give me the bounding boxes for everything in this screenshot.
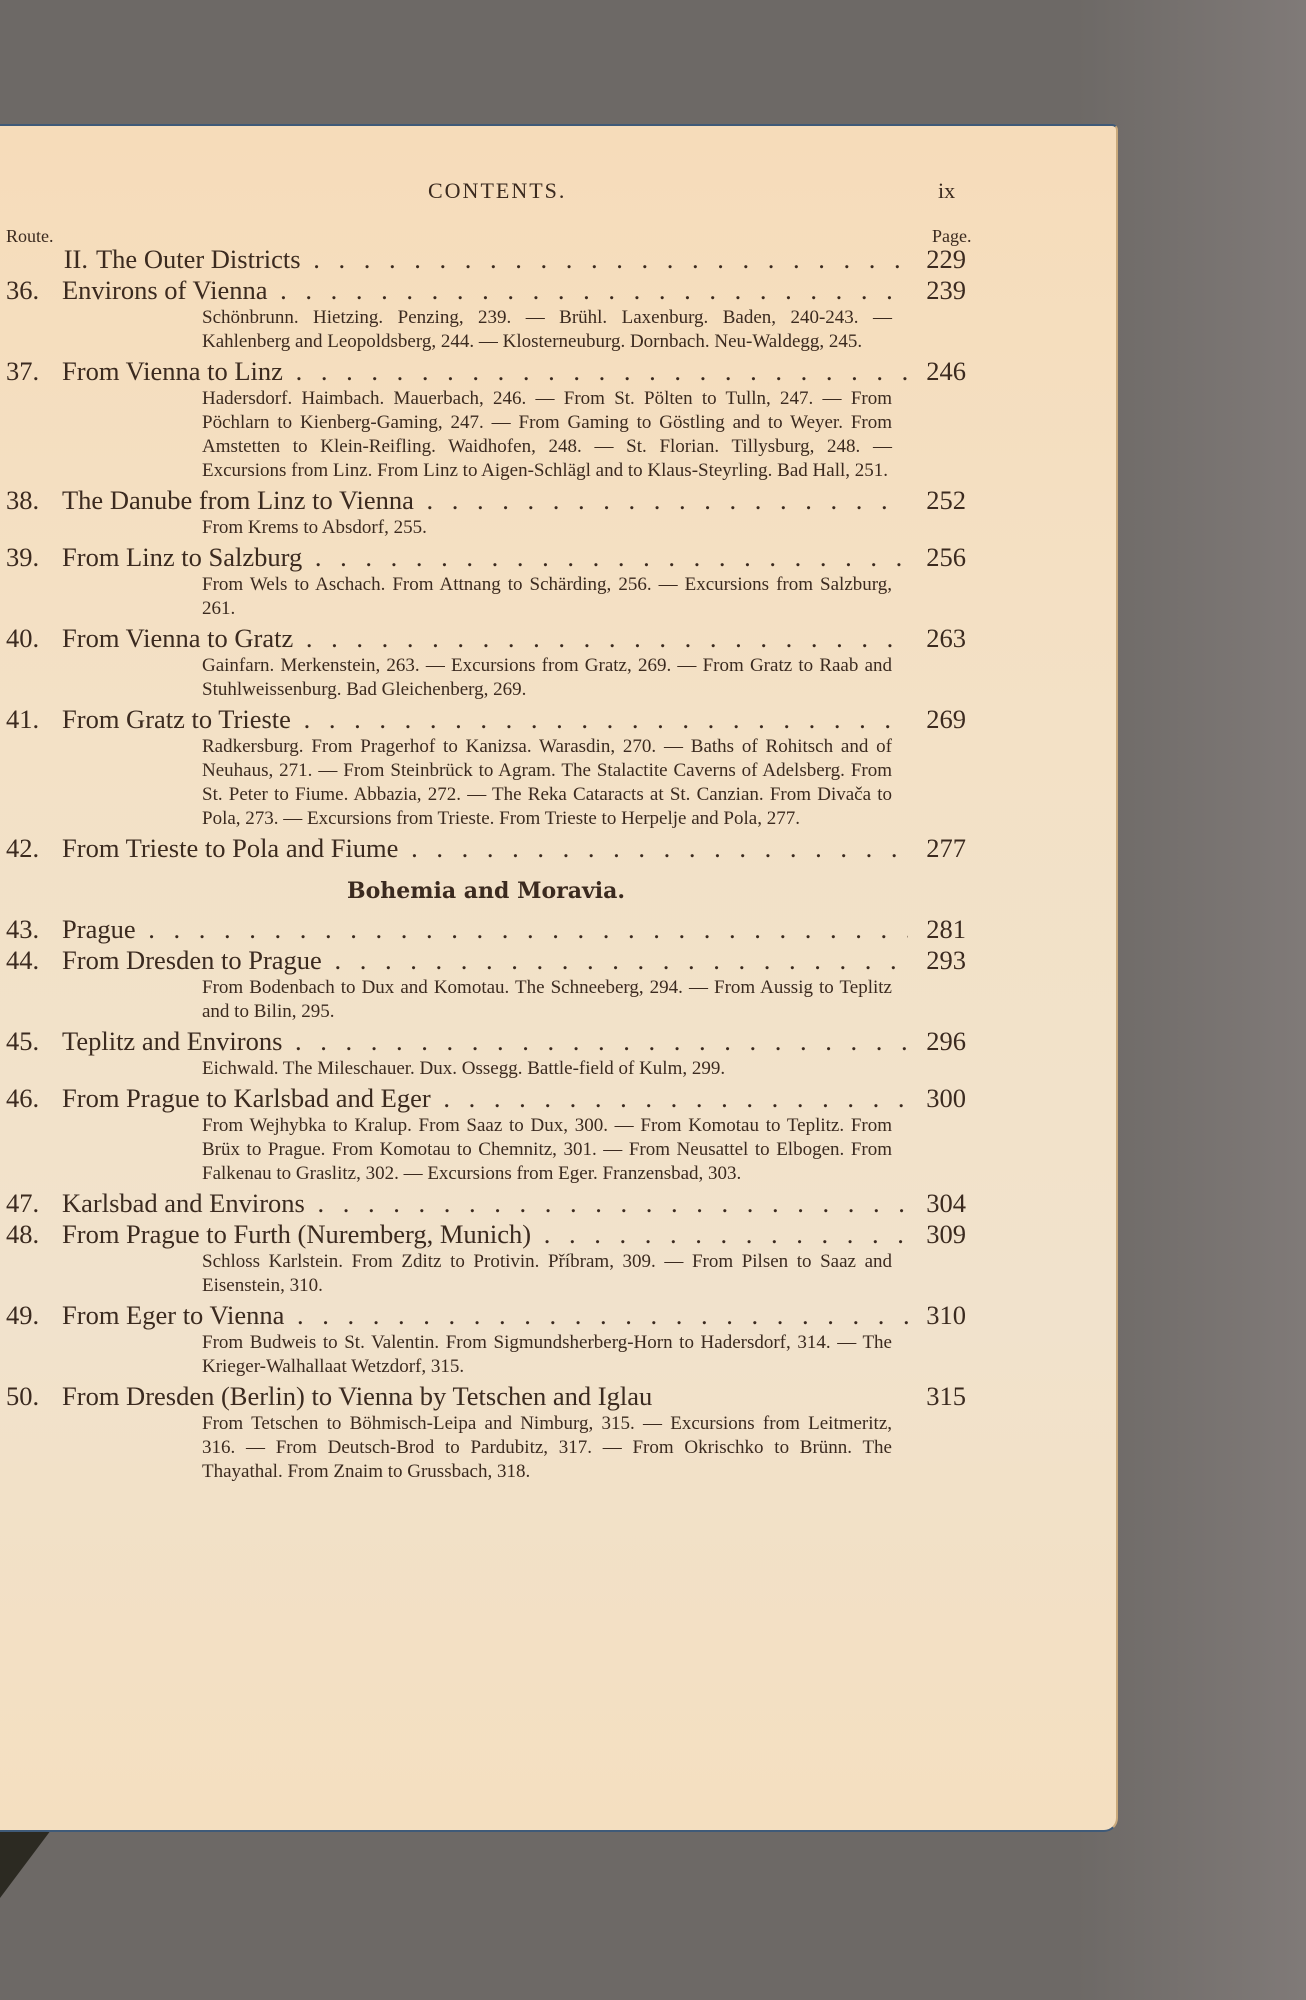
route-number: 40.	[6, 623, 62, 654]
route-page: 277	[908, 833, 966, 864]
book-page: CONTENTS. ix Route. Page. II. The Outer …	[0, 124, 1118, 1832]
toc-entry: 42. From Trieste to Pola and Fiume 277	[0, 833, 1116, 864]
route-title: From Trieste to Pola and Fiume	[62, 833, 908, 864]
route-number: 39.	[6, 542, 62, 573]
toc-entry-heading[interactable]: 48. From Prague to Furth (Nuremberg, Mun…	[0, 1219, 966, 1250]
route-description: From Budweis to St. Valentin. From Sigmu…	[202, 1331, 892, 1381]
toc-entry-heading[interactable]: 39. From Linz to Salzburg 256	[0, 542, 966, 573]
route-description: From Tetschen to Böhmisch-Leipa and Nimb…	[202, 1412, 892, 1486]
toc-entry: 39. From Linz to Salzburg 256 From Wels …	[0, 542, 1116, 623]
route-title: From Linz to Salzburg	[62, 542, 908, 573]
route-title: Karlsbad and Environs	[62, 1188, 908, 1219]
route-description: From Wels to Aschach. From Attnang to Sc…	[202, 573, 892, 623]
route-description: Schloss Karlstein. From Zditz to Protivi…	[202, 1250, 892, 1300]
toc-entry-heading[interactable]: 41. From Gratz to Trieste 269	[0, 704, 966, 735]
route-number: 38.	[6, 485, 62, 516]
toc-entry: II. The Outer Districts 229	[0, 244, 1116, 275]
toc-entry: 45. Teplitz and Environs 296 Eichwald. T…	[0, 1026, 1116, 1083]
toc-entry-heading[interactable]: 42. From Trieste to Pola and Fiume 277	[0, 833, 966, 864]
route-page: 293	[908, 945, 966, 976]
route-description: From Bodenbach to Dux and Komotau. The S…	[202, 976, 892, 1026]
route-page: 256	[908, 542, 966, 573]
page-number: ix	[938, 178, 955, 204]
toc-entry-heading[interactable]: 40. From Vienna to Gratz 263	[0, 623, 966, 654]
route-page: 309	[908, 1219, 966, 1250]
route-page: 229	[908, 244, 966, 275]
toc-entry-heading[interactable]: 49. From Eger to Vienna 310	[0, 1300, 966, 1331]
route-number: 50.	[6, 1381, 62, 1412]
running-title: CONTENTS.	[428, 178, 566, 204]
route-page: 310	[908, 1300, 966, 1331]
route-page: 252	[908, 485, 966, 516]
route-title: From Dresden to Prague	[62, 945, 908, 976]
route-title: The Danube from Linz to Vienna	[62, 485, 908, 516]
route-page: 263	[908, 623, 966, 654]
toc-entry: 41. From Gratz to Trieste 269 Radkersbur…	[0, 704, 1116, 833]
route-title: The Outer Districts	[96, 244, 908, 275]
toc-entry: 40. From Vienna to Gratz 263 Gainfarn. M…	[0, 623, 1116, 704]
route-number: 49.	[6, 1300, 62, 1331]
toc-entry: 46. From Prague to Karlsbad and Eger 300…	[0, 1083, 1116, 1188]
toc-entry: 50. From Dresden (Berlin) to Vienna by T…	[0, 1381, 1116, 1486]
table-of-contents: II. The Outer Districts 229 36. Environs…	[0, 244, 1116, 1486]
toc-entry: 43. Prague 281	[0, 914, 1116, 945]
section-heading: Bohemia and Moravia.	[0, 868, 966, 914]
route-title: From Vienna to Linz	[62, 356, 908, 387]
route-number: 48.	[6, 1219, 62, 1250]
toc-entry-heading[interactable]: 44. From Dresden to Prague 293	[0, 945, 966, 976]
route-number: 41.	[6, 704, 62, 735]
route-title: From Eger to Vienna	[62, 1300, 908, 1331]
route-title: From Prague to Furth (Nuremberg, Munich)	[62, 1219, 908, 1250]
route-title: Teplitz and Environs	[62, 1026, 908, 1057]
route-page: 239	[908, 275, 966, 306]
running-header: CONTENTS. ix	[0, 178, 1116, 208]
route-number: 46.	[6, 1083, 62, 1114]
route-number: 45.	[6, 1026, 62, 1057]
toc-entry: 37. From Vienna to Linz 246 Hadersdorf. …	[0, 356, 1116, 485]
toc-entry: 49. From Eger to Vienna 310 From Budweis…	[0, 1300, 1116, 1381]
toc-entry: 44. From Dresden to Prague 293 From Bode…	[0, 945, 1116, 1026]
route-description: Gainfarn. Merkenstein, 263. — Excursions…	[202, 654, 892, 704]
route-title: From Vienna to Gratz	[62, 623, 908, 654]
route-page: 315	[908, 1381, 966, 1412]
route-page: 300	[908, 1083, 966, 1114]
route-description: Hadersdorf. Haimbach. Mauerbach, 246. — …	[202, 387, 892, 485]
route-title: From Dresden (Berlin) to Vienna by Tetsc…	[62, 1381, 908, 1412]
route-number: 47.	[6, 1188, 62, 1219]
route-number: II.	[6, 244, 96, 275]
route-page: 269	[908, 704, 966, 735]
toc-entry-heading[interactable]: 43. Prague 281	[0, 914, 966, 945]
route-description: Schönbrunn. Hietzing. Penzing, 239. — Br…	[202, 306, 892, 356]
toc-entry-heading[interactable]: 50. From Dresden (Berlin) to Vienna by T…	[0, 1381, 966, 1412]
route-page: 281	[908, 914, 966, 945]
route-description: From Krems to Absdorf, 255.	[202, 516, 892, 542]
route-title: From Prague to Karlsbad and Eger	[62, 1083, 908, 1114]
toc-entry-heading[interactable]: 36. Environs of Vienna 239	[0, 275, 966, 306]
route-description: Radkersburg. From Pragerhof to Kanizsa. …	[202, 735, 892, 833]
toc-entry: 48. From Prague to Furth (Nuremberg, Mun…	[0, 1219, 1116, 1300]
toc-entry: 36. Environs of Vienna 239 Schönbrunn. H…	[0, 275, 1116, 356]
toc-entry: 47. Karlsbad and Environs 304	[0, 1188, 1116, 1219]
toc-entry-heading[interactable]: II. The Outer Districts 229	[0, 244, 966, 275]
route-page: 304	[908, 1188, 966, 1219]
route-description: From Wejhybka to Kralup. From Saaz to Du…	[202, 1114, 892, 1188]
toc-entry-heading[interactable]: 38. The Danube from Linz to Vienna 252	[0, 485, 966, 516]
toc-entry-heading[interactable]: 47. Karlsbad and Environs 304	[0, 1188, 966, 1219]
toc-entry-heading[interactable]: 46. From Prague to Karlsbad and Eger 300	[0, 1083, 966, 1114]
route-page: 246	[908, 356, 966, 387]
route-number: 37.	[6, 356, 62, 387]
toc-entry-heading[interactable]: 45. Teplitz and Environs 296	[0, 1026, 966, 1057]
route-number: 42.	[6, 833, 62, 864]
route-description: Eichwald. The Mileschauer. Dux. Ossegg. …	[202, 1057, 892, 1083]
route-title: Environs of Vienna	[62, 275, 908, 306]
route-page: 296	[908, 1026, 966, 1057]
route-number: 43.	[6, 914, 62, 945]
route-title: Prague	[62, 914, 908, 945]
toc-entry-heading[interactable]: 37. From Vienna to Linz 246	[0, 356, 966, 387]
route-number: 36.	[6, 275, 62, 306]
route-number: 44.	[6, 945, 62, 976]
toc-entry: 38. The Danube from Linz to Vienna 252 F…	[0, 485, 1116, 542]
route-title: From Gratz to Trieste	[62, 704, 908, 735]
